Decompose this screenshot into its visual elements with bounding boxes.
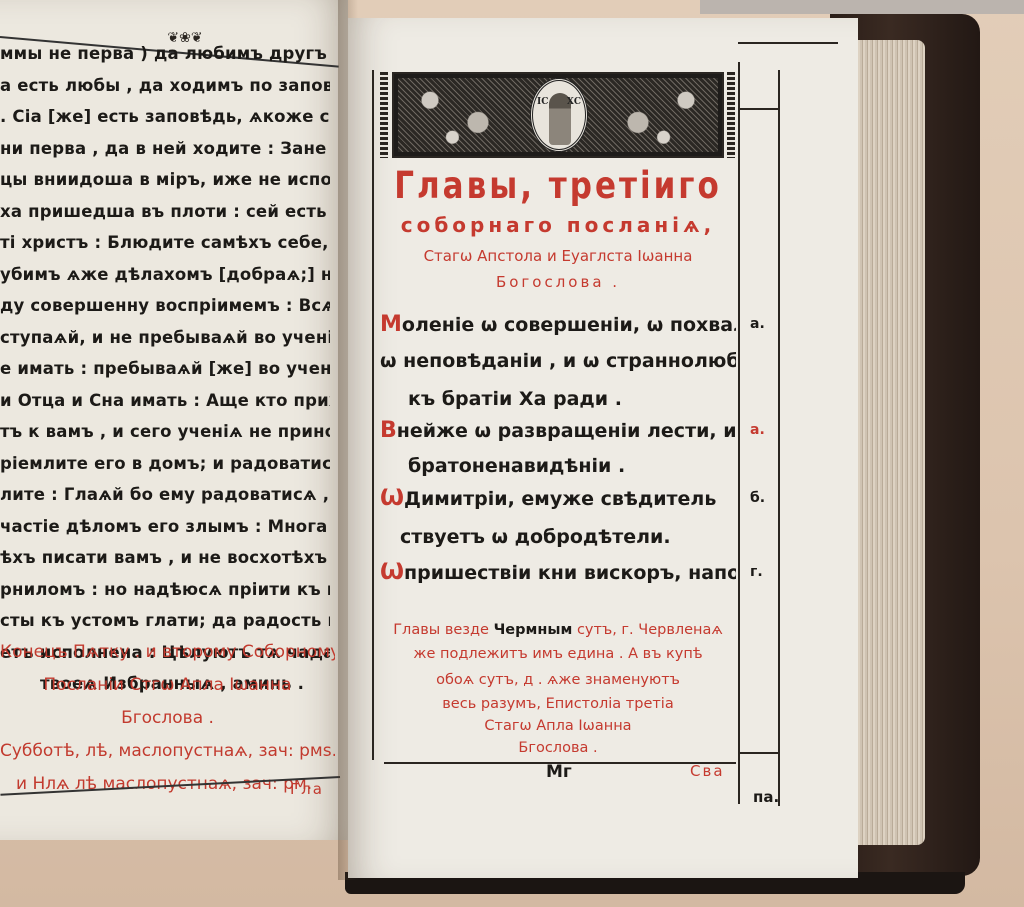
frame-rule: [778, 70, 780, 806]
rubric-note: Стагѡ Апла Іѡанна: [380, 718, 736, 734]
frame-rule: [738, 42, 838, 44]
frame-rule: [738, 62, 740, 804]
entry-line: къ братіи Ха ради .: [380, 388, 764, 410]
frame-rule: [738, 752, 780, 754]
frame-rule: [738, 108, 780, 110]
text-line: сты къ устомъ глати; да радость наша: [0, 605, 330, 637]
monogram-label: ІС: [537, 97, 548, 107]
text-line: ни перва , да в ней ходите : Зане многи: [0, 133, 330, 165]
christ-medallion-icon: ІС ХС: [530, 78, 588, 152]
monogram-label: ХС: [567, 97, 581, 107]
folio-number: па.: [753, 788, 779, 806]
rubric-note: Бгослова .: [380, 740, 736, 756]
frame-rule: [372, 70, 374, 760]
entry-line: Внейже ѡ развращеніи лести, и ѡ: [380, 418, 736, 443]
text-line: рниломъ : но надѣюсѧ пріити къ вамъ ,: [0, 574, 330, 606]
entry-line: ствуетъ ѡ добродѣтели.: [380, 526, 756, 548]
entry-line: ѠДимитріи, емуже свѣдитель: [380, 486, 736, 511]
catchword: Сва: [690, 762, 725, 780]
margin-number: г.: [750, 564, 763, 580]
rubric-line: Посланіи Стгѡ Апла Іѡанна: [0, 669, 335, 702]
left-page-text: ммы не перва ) да любимъ другъ друга а е…: [0, 38, 330, 700]
text-line: ду совершенну воспріимемъ : Всѧкъ: [0, 290, 330, 322]
rubric-note: обоѧ сутъ, д . ѧже знаменуютъ: [380, 672, 736, 688]
rubric-note: Главы везде Чермным сутъ, г. Червленаѧ: [380, 622, 736, 638]
rubric-note: весь разумъ, Епистоліа третіа: [380, 696, 736, 712]
text-line: ті христъ : Блюдите самѣхъ себе, да не: [0, 227, 330, 259]
drop-capital: Ѡ: [380, 560, 404, 585]
text-line: ммы не перва ) да любимъ другъ друга: [0, 38, 330, 70]
text-line: ха пришедша въ плоти : сей есть льстец: [0, 196, 330, 228]
margin-number: б.: [750, 490, 765, 506]
chapter-title: Главы, третіиго: [380, 164, 736, 207]
catchword: Гла: [290, 780, 324, 798]
chapter-subtitle: Стагѡ Апстола и Еуаглста Іѡанна: [380, 247, 736, 265]
text-line: е имать : пребываѧй [же] во ученіи Хвѣ,: [0, 353, 330, 385]
text-line: а есть любы , да ходимъ по заповѣдех: [0, 70, 330, 102]
drop-capital: Ѡ: [380, 486, 404, 511]
chapter-subtitle: Богослова .: [380, 273, 736, 291]
rubric-note: же подлежитъ имъ едина . А въ купѣ: [380, 646, 736, 662]
margin-number: а.: [750, 316, 765, 332]
entry-line: Ѡпришествіи кни вискоръ, напоѕу.: [380, 560, 736, 585]
text-line: цы вниидоша в міръ, иже не исповѣдуют: [0, 164, 330, 196]
text-line: . Сіа [же] есть заповѣдь, ѧкоже слыша: [0, 101, 330, 133]
text-line: ступаѧй, и не пребываѧй во ученіи Хвѣ,: [0, 322, 330, 354]
page-block-edge: [855, 40, 925, 845]
border-ornament-icon: [380, 72, 388, 158]
left-page-rubric: Конецъ Пѧтку . и второму Соборному Посла…: [0, 636, 335, 801]
background-object: [700, 0, 1024, 14]
text-line: убимъ ѧже дѣлахомъ [добраѧ;] но да: [0, 259, 330, 291]
drop-capital: В: [380, 418, 397, 443]
text-line: и Отца и Сна имать : Аще кто прихо: [0, 385, 330, 417]
rubric-line: Субботѣ, лѣ, маслопустнаѧ, зач: рмѕ.: [0, 735, 335, 768]
entry-line: Моленіе ѡ совершеніи, ѡ похвалѣ,: [380, 312, 736, 337]
border-ornament-icon: [727, 72, 735, 158]
entry-line: ѡ неповѣданіи , и ѡ страннолюбіи: [380, 350, 736, 372]
entry-line: братоненавидѣніи .: [380, 455, 764, 477]
drop-capital: М: [380, 312, 402, 337]
left-page: ❦❀❦ ммы не перва ) да любимъ другъ друга…: [0, 0, 348, 840]
chapter-subtitle: соборнаго посланіѧ,: [380, 213, 736, 237]
rubric-line: Конецъ Пѧтку . и второму Соборному: [0, 636, 335, 669]
signature-mark: Мг: [546, 762, 572, 782]
woodcut-headpiece: ІС ХС: [392, 72, 724, 158]
rubric-line: Бгослова .: [0, 702, 335, 735]
text-line: ріемлите его в домъ; и радоватисѧ ему: [0, 448, 330, 480]
margin-number: а.: [750, 422, 765, 438]
text-line: ѣхъ писати вамъ , и не восхотѣхъ хартіею: [0, 542, 330, 574]
text-line: лите : Глаѧй бо ему радоватисѧ , со: [0, 479, 330, 511]
text-line: тъ к вамъ , и сего ученіѧ не приноситъ;: [0, 416, 330, 448]
text-line: частіе дѣломъ его злымъ : Многа: [0, 511, 330, 543]
